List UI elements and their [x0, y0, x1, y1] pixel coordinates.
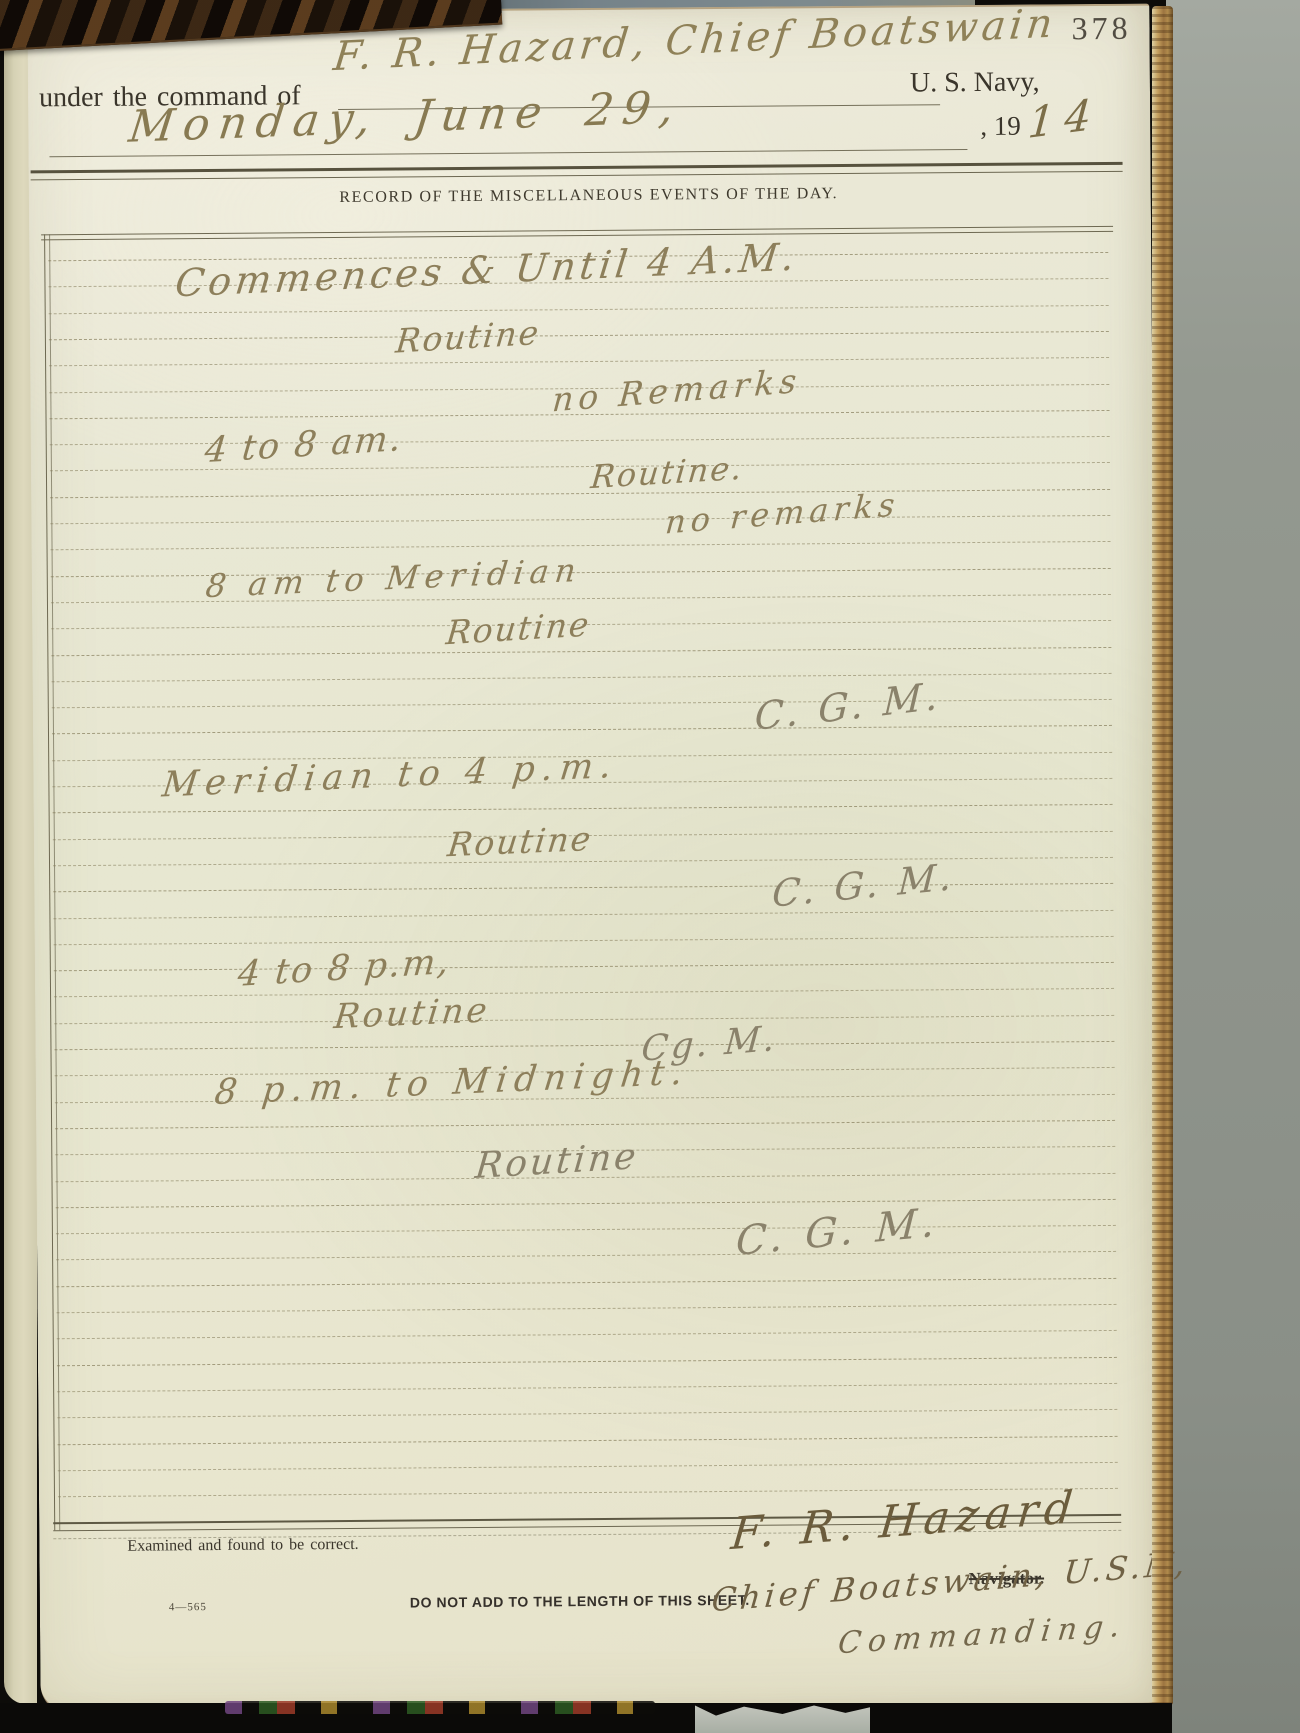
commanding-handwriting: Commanding. [836, 1609, 1129, 1662]
log-entry-initials-2: C. G. M. [771, 855, 957, 916]
ruled-line [54, 1015, 1114, 1024]
length-warning: DO NOT ADD TO THE LENGTH OF THIS SHEET. [410, 1592, 750, 1611]
log-entry-no-remarks-1: no Remarks [551, 361, 803, 420]
log-entry-8pm-to-midnight: 8 p.m. to Midnight. [213, 1053, 692, 1114]
ruled-line [58, 1435, 1118, 1444]
ruled-line [53, 909, 1113, 918]
ruled-line [54, 1041, 1114, 1050]
log-entry-commences: Commences & Until 4 A.M. [173, 235, 801, 306]
log-entry-8am-to-meridian: 8 am to Meridian [204, 551, 584, 605]
ruled-line [50, 515, 1110, 524]
ruled-line [57, 1304, 1117, 1313]
log-entry-4-to-8am: 4 to 8 am. [203, 419, 405, 471]
log-entry-routine-1: Routine [394, 313, 542, 361]
ruled-line [52, 673, 1112, 682]
log-entry-routine-5: Routine [332, 990, 492, 1037]
year-prefix-printed: , 19 [980, 111, 1021, 142]
ruled-line [57, 1383, 1117, 1392]
ruled-line [56, 1278, 1116, 1287]
ruled-line [56, 1251, 1116, 1260]
header-divider-rule [31, 162, 1123, 181]
ruled-line [49, 357, 1109, 366]
section-title: RECORD OF THE MISCELLANEOUS EVENTS OF TH… [49, 183, 1129, 209]
ruled-line [54, 962, 1114, 971]
log-entry-routine-2: Routine. [589, 449, 745, 496]
ruled-line [57, 1409, 1117, 1418]
right-page-edge-stack [1152, 6, 1173, 1706]
logbook-page: 378 under the command of F. R. Hazard, C… [27, 4, 1162, 1715]
ruled-box-top-border [41, 226, 1113, 240]
ruled-line [50, 489, 1110, 498]
ruled-line [52, 725, 1112, 734]
page-content: 378 under the command of F. R. Hazard, C… [27, 6, 1162, 1712]
ruled-line [55, 1120, 1115, 1129]
ruled-line [56, 1199, 1116, 1208]
log-entry-initials-1: C. G. M. [754, 673, 943, 739]
log-entry-routine-3: Routine [444, 604, 592, 652]
ruled-line [58, 1462, 1118, 1471]
ruled-line [54, 988, 1114, 997]
page-number: 378 [1071, 10, 1131, 47]
ruled-line [51, 541, 1111, 550]
log-entry-meridian-to-4pm: Meridian to 4 p.m. [160, 746, 620, 806]
year-handwriting: 14 [1026, 89, 1103, 148]
ruled-line [49, 305, 1109, 314]
ruled-box-left-border [44, 234, 60, 1530]
ruled-line [54, 936, 1114, 945]
navy-label: U. S. Navy, [910, 66, 1040, 99]
form-number: 4—565 [169, 1601, 207, 1613]
log-entry-4-to-8pm: 4 to 8 p.m, [236, 942, 452, 995]
ruled-line [57, 1330, 1117, 1339]
ruled-line [49, 331, 1109, 340]
ruled-line [56, 1225, 1116, 1234]
captain-signature: F. R. Hazard [729, 1482, 1081, 1561]
marbled-cover-strip [225, 1701, 655, 1714]
scanned-logbook-spread: 378 under the command of F. R. Hazard, C… [0, 0, 1300, 1733]
log-entry-routine-4: Routine [446, 819, 595, 864]
ruled-line [57, 1357, 1117, 1366]
log-entry-no-remarks-2: no remarks [664, 485, 901, 542]
ruled-line [51, 646, 1111, 655]
log-entry-initials-4: C. G. M. [735, 1199, 941, 1265]
scanner-bed-background [1166, 0, 1300, 1733]
log-entry-routine-6: Routine [473, 1136, 640, 1187]
examined-note: Examined and found to be correct. [127, 1536, 358, 1556]
ruled-line [52, 699, 1112, 708]
ruled-line [53, 804, 1113, 813]
